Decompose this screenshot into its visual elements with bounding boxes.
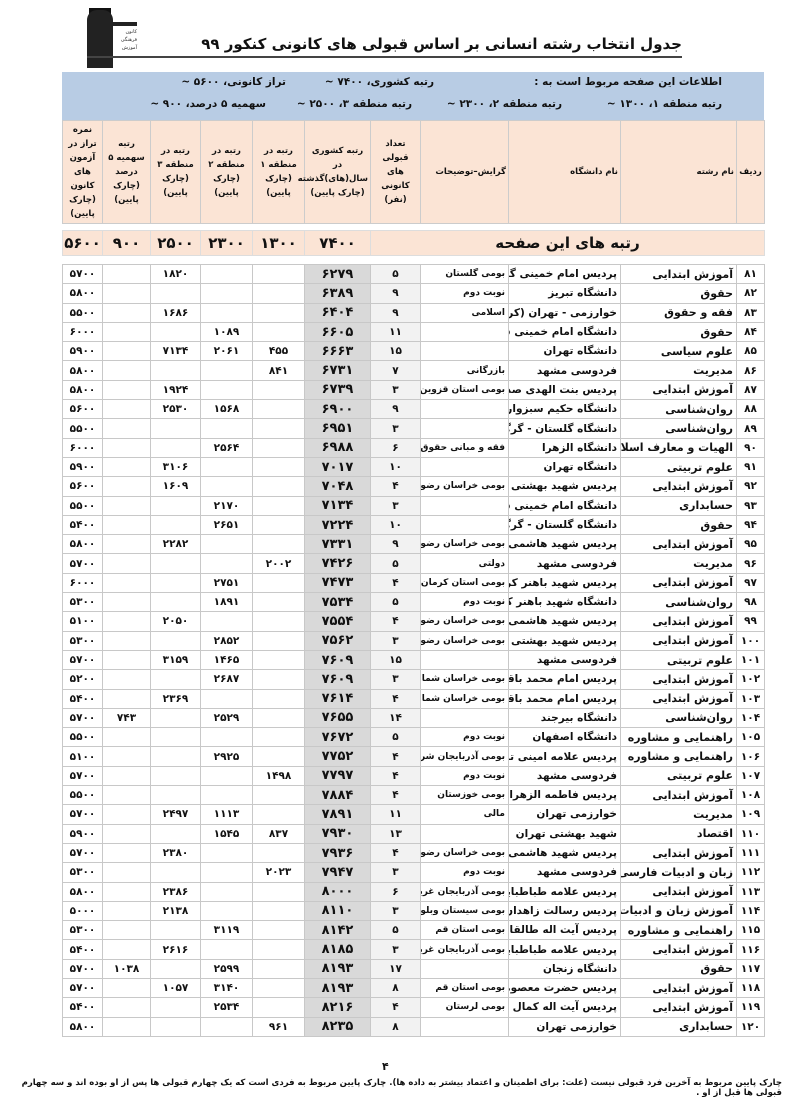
kanoon-score: ۵۷۰۰ [63,265,103,284]
table-row: ۱۱۵راهنمایی و مشاورهپردیس آیت اله طالقان… [63,921,765,940]
table-row: ۹۷آموزش ابتداییپردیس شهید باهنر کرمانبوم… [63,573,765,592]
quota5-rank [103,670,151,689]
university-name: پردیس امام خمینی گرگان [509,265,621,284]
region3-rank [151,824,201,843]
page-ranks-row: رتبه های این صفحه ۷۴۰۰ ۱۳۰۰ ۲۳۰۰ ۲۵۰۰ ۹۰… [63,231,765,256]
region1-rank [253,843,305,862]
admit-count: ۳ [371,863,421,882]
info-kanoon-score: تراز کانونی، ۵۶۰۰ ~ [181,76,286,88]
table-row: ۱۰۴روان‌شناسیدانشگاه بیرجند۱۴۷۶۵۵۲۵۲۹۷۴۳… [63,708,765,727]
page-title: جدول انتخاب رشته انسانی بر اساس قبولی ها… [201,35,682,53]
major-name: علوم تربیتی [621,457,737,476]
row-index: ۹۵ [737,535,765,554]
row-index: ۱۱۱ [737,843,765,862]
region3-rank [151,438,201,457]
region2-rank [201,284,253,303]
national-rank: ۸۱۱۰ [305,901,371,920]
row-index: ۱۰۵ [737,728,765,747]
major-name: مدیریت [621,554,737,573]
row-index: ۱۱۶ [737,940,765,959]
region2-rank: ۲۰۶۱ [201,342,253,361]
university-name: پردیس رسالت زاهدان [509,901,621,920]
row-index: ۱۱۵ [737,921,765,940]
branch-note [421,496,509,515]
major-name: آموزش ابتدایی [621,265,737,284]
kanoon-score: ۵۷۰۰ [63,554,103,573]
region1-rank: ۴۵۵ [253,342,305,361]
region1-rank [253,901,305,920]
region3-rank [151,921,201,940]
region3-rank: ۲۴۹۷ [151,805,201,824]
branch-note: نوبت دوم [421,766,509,785]
university-name: دانشگاه امام خمینی قزوین [509,322,621,341]
quota5-rank [103,1017,151,1036]
university-name: دانشگاه زنجان [509,959,621,978]
quota5-rank [103,361,151,380]
region2-rank [201,612,253,631]
table-row: ۱۱۶آموزش ابتداییپردیس علامه طباطبایی ارو… [63,940,765,959]
university-name: دانشگاه امام خمینی قزوین [509,496,621,515]
region3-rank [151,419,201,438]
quota5-rank: ۷۴۳ [103,708,151,727]
national-rank: ۷۴۲۶ [305,554,371,573]
branch-note: بومی خراسان رضوی [421,535,509,554]
major-name: مدیریت [621,805,737,824]
row-index: ۸۵ [737,342,765,361]
table-row: ۱۱۴آموزش زبان و ادبیات فارسیپردیس رسالت … [63,901,765,920]
branch-note [421,708,509,727]
logo-line: آموزش [115,44,137,52]
national-rank: ۸۱۹۳ [305,978,371,997]
row-index: ۱۰۷ [737,766,765,785]
region2-rank: ۲۵۲۹ [201,708,253,727]
national-rank: ۷۷۹۷ [305,766,371,785]
kanoon-score: ۵۵۰۰ [63,496,103,515]
branch-note [421,342,509,361]
table-row: ۱۱۳آموزش ابتداییپردیس علامه طباطبایی ارو… [63,882,765,901]
major-name: راهنمایی و مشاوره [621,747,737,766]
university-name: پردیس شهید بهشتی مشهد [509,477,621,496]
quota5-rank [103,901,151,920]
admit-count: ۶ [371,882,421,901]
region2-rank: ۲۱۷۰ [201,496,253,515]
branch-note [421,1017,509,1036]
major-name: آموزش زبان و ادبیات فارسی [621,901,737,920]
national-rank: ۶۹۵۱ [305,419,371,438]
row-index: ۱۲۰ [737,1017,765,1036]
university-name: خوارزمی - تهران (کرج) [509,303,621,322]
major-name: اقتصاد [621,824,737,843]
info-quota5: سهمیه ۵ درصد، ۹۰۰ ~ [150,98,266,110]
university-name: پردیس فاطمه الزهرا اهواز [509,786,621,805]
row-index: ۹۱ [737,457,765,476]
admit-count: ۴ [371,689,421,708]
kanoon-score: ۵۰۰۰ [63,901,103,920]
major-name: حقوق [621,959,737,978]
table-row: ۹۳حسابداریدانشگاه امام خمینی قزوین۳۷۱۳۴۲… [63,496,765,515]
kanoon-score: ۵۸۰۰ [63,361,103,380]
kanoon-score: ۵۱۰۰ [63,612,103,631]
admit-count: ۴ [371,477,421,496]
admit-count: ۳ [371,940,421,959]
admit-count: ۴ [371,843,421,862]
admit-count: ۹ [371,535,421,554]
admit-count: ۴ [371,612,421,631]
region3-rank: ۲۰۵۰ [151,612,201,631]
region3-rank [151,361,201,380]
header-region3: رتبه در منطقه ۳ (چارک پایین) [151,121,201,224]
row-index: ۹۲ [737,477,765,496]
national-rank: ۷۹۳۰ [305,824,371,843]
admit-count: ۵ [371,554,421,573]
major-name: حسابداری [621,1017,737,1036]
region2-rank [201,1017,253,1036]
row-index: ۱۰۰ [737,631,765,650]
national-rank: ۸۱۴۲ [305,921,371,940]
kanoon-score: ۵۷۰۰ [63,843,103,862]
region2-rank: ۲۶۵۱ [201,515,253,534]
header-count: تعداد قبولی های کانونی (نفر) [371,121,421,224]
national-rank: ۶۶۶۳ [305,342,371,361]
major-name: آموزش ابتدایی [621,998,737,1017]
region1-rank [253,284,305,303]
table-row: ۸۷آموزش ابتداییپردیس بنت الهدی صدر -قزوی… [63,380,765,399]
quota5-rank [103,766,151,785]
major-name: آموزش ابتدایی [621,843,737,862]
admit-count: ۴ [371,747,421,766]
region2-rank: ۱۰۸۹ [201,322,253,341]
admit-count: ۳ [371,631,421,650]
kanoon-score: ۶۰۰۰ [63,322,103,341]
branch-note: بومی خراسان شمالی [421,670,509,689]
admit-count: ۱۵ [371,342,421,361]
admit-count: ۳ [371,496,421,515]
branch-note: مالی [421,805,509,824]
quota5-rank [103,863,151,882]
region3-rank: ۱۸۲۰ [151,265,201,284]
row-index: ۱۰۴ [737,708,765,727]
table-row: ۱۱۲زبان و ادبیات فارسیفردوسی مشهدنوبت دو… [63,863,765,882]
university-name: فردوسی مشهد [509,863,621,882]
quota5-rank [103,940,151,959]
row-index: ۸۹ [737,419,765,438]
quota5-rank [103,593,151,612]
university-name: دانشگاه حکیم سبزواری سبزوار [509,400,621,419]
region2-rank: ۱۵۶۸ [201,400,253,419]
region1-rank [253,650,305,669]
region1-rank [253,265,305,284]
national-rank: ۶۶۰۵ [305,322,371,341]
row-index: ۸۲ [737,284,765,303]
quota5-rank [103,824,151,843]
logo-text: کانون فرهنگی آموزش [115,28,137,52]
kanoon-score: ۵۷۰۰ [63,708,103,727]
admit-count: ۴ [371,786,421,805]
region3-rank: ۱۹۲۴ [151,380,201,399]
branch-note: بومی خراسان شمالی [421,689,509,708]
branch-note [421,322,509,341]
title-divider [87,56,682,58]
major-name: علوم تربیتی [621,766,737,785]
national-rank: ۷۶۷۲ [305,728,371,747]
kanoon-score: ۵۸۰۰ [63,1017,103,1036]
region3-rank [151,322,201,341]
page-rank-region2: ۲۳۰۰ [201,231,253,256]
branch-note: دولتی [421,554,509,573]
page-number: ۴ [382,1060,389,1073]
kanoon-score: ۵۷۰۰ [63,959,103,978]
university-name: دانشگاه اصفهان [509,728,621,747]
kanoon-score: ۵۴۰۰ [63,940,103,959]
kanoon-score: ۵۹۰۰ [63,457,103,476]
national-rank: ۸۲۳۵ [305,1017,371,1036]
table-row: ۹۱علوم تربیتیدانشگاه تهران۱۰۷۰۱۷۳۱۰۶۵۹۰۰ [63,457,765,476]
region3-rank [151,631,201,650]
region3-rank [151,554,201,573]
table-row: ۱۰۸آموزش ابتداییپردیس فاطمه الزهرا اهواز… [63,786,765,805]
row-index: ۹۳ [737,496,765,515]
row-index: ۱۰۲ [737,670,765,689]
branch-note [421,650,509,669]
university-name: فردوسی مشهد [509,650,621,669]
header-university: نام دانشگاه [509,121,621,224]
info-label: اطلاعات این صفحه مربوط است به : [534,76,722,88]
info-region1: رتبه منطقه ۱، ۱۳۰۰ ~ [607,98,722,110]
row-index: ۹۰ [737,438,765,457]
admit-count: ۱۷ [371,959,421,978]
national-rank: ۷۰۱۷ [305,457,371,476]
kanoon-score: ۵۱۰۰ [63,747,103,766]
region2-rank: ۳۱۴۰ [201,978,253,997]
region3-rank: ۷۱۳۴ [151,342,201,361]
branch-note: بومی استان قم [421,978,509,997]
university-name: دانشگاه شهید باهنر کرمان [509,593,621,612]
row-index: ۸۶ [737,361,765,380]
branch-note: بومی خراسان رضوی [421,631,509,650]
region3-rank: ۳۱۰۶ [151,457,201,476]
region3-rank [151,496,201,515]
kanoon-score: ۶۰۰۰ [63,573,103,592]
region2-rank [201,477,253,496]
major-name: راهنمایی و مشاوره [621,728,737,747]
table-row: ۱۰۷علوم تربیتیفردوسی مشهدنوبت دوم۴۷۷۹۷۱۴… [63,766,765,785]
admit-count: ۱۳ [371,824,421,843]
kanoon-score: ۵۶۰۰ [63,477,103,496]
quota5-rank [103,438,151,457]
university-name: خوارزمی تهران [509,1017,621,1036]
branch-note: فقه و مبانی حقوق اسلامی [421,438,509,457]
region3-rank: ۲۲۸۲ [151,535,201,554]
national-rank: ۷۷۵۲ [305,747,371,766]
branch-note: بومی خراسان رضوی [421,612,509,631]
region2-rank [201,786,253,805]
table-row: ۱۱۸آموزش ابتداییپردیس حضرت معصومه قمبومی… [63,978,765,997]
header-national-rank: رتبه کشوری در سال(های)گذشته (چارک پایین) [305,121,371,224]
kanoon-score: ۵۷۰۰ [63,650,103,669]
branch-note: بومی سیستان وبلوچستان [421,901,509,920]
national-rank: ۷۵۳۴ [305,593,371,612]
admit-count: ۹ [371,303,421,322]
region3-rank [151,284,201,303]
quota5-rank [103,998,151,1017]
row-index: ۱۰۶ [737,747,765,766]
quota5-rank [103,322,151,341]
table-row: ۹۶مدیریتفردوسی مشهددولتی۵۷۴۲۶۲۰۰۲۵۷۰۰ [63,554,765,573]
table-row: ۸۶مدیریتفردوسی مشهدبازرگانی۷۶۷۳۱۸۴۱۵۸۰۰ [63,361,765,380]
quota5-rank [103,843,151,862]
national-rank: ۷۸۹۱ [305,805,371,824]
national-rank: ۷۱۳۴ [305,496,371,515]
university-name: دانشگاه گلستان - گرگان [509,515,621,534]
kanoon-score: ۵۳۰۰ [63,921,103,940]
major-name: حقوق [621,322,737,341]
quota5-rank [103,496,151,515]
row-index: ۱۱۲ [737,863,765,882]
region3-rank [151,766,201,785]
region1-rank [253,959,305,978]
major-name: آموزش ابتدایی [621,940,737,959]
table-row: ۱۰۳آموزش ابتداییپردیس امام محمد باقر بجن… [63,689,765,708]
branch-note: بومی استان قزوین [421,380,509,399]
university-name: پردیس شهید باهنر کرمان [509,573,621,592]
table-row: ۹۹آموزش ابتداییپردیس شهید هاشمی نژاد مشه… [63,612,765,631]
region1-rank: ۱۴۹۸ [253,766,305,785]
admit-count: ۳ [371,419,421,438]
national-rank: ۷۸۸۴ [305,786,371,805]
quota5-rank [103,284,151,303]
branch-note [421,515,509,534]
region3-rank [151,747,201,766]
branch-note: بومی خوزستان [421,786,509,805]
table-row: ۱۲۰حسابداریخوارزمی تهران۸۸۲۳۵۹۶۱۵۸۰۰ [63,1017,765,1036]
kanoon-score: ۵۵۰۰ [63,728,103,747]
university-name: پردیس علامه امینی تبریز [509,747,621,766]
kanoon-score: ۵۷۰۰ [63,766,103,785]
header-region2: رتبه در منطقه ۲ (چارک پایین) [201,121,253,224]
branch-note: نوبت دوم [421,284,509,303]
region1-rank [253,612,305,631]
logo-line: فرهنگی [115,36,137,44]
region2-rank [201,901,253,920]
region1-rank: ۹۶۱ [253,1017,305,1036]
region3-rank: ۱۶۰۹ [151,477,201,496]
university-name: پردیس امام محمد باقر بجنورد [509,689,621,708]
table-row: ۹۲آموزش ابتداییپردیس شهید بهشتی مشهدبومی… [63,477,765,496]
admit-count: ۳ [371,901,421,920]
branch-note: بومی استان کرمان [421,573,509,592]
major-name: روان‌شناسی [621,708,737,727]
quota5-rank [103,786,151,805]
kanoon-score: ۵۸۰۰ [63,882,103,901]
graduate-figure-icon [87,10,113,68]
table-row: ۸۸روان‌شناسیدانشگاه حکیم سبزواری سبزوار۹… [63,400,765,419]
table-row: ۸۴حقوقدانشگاه امام خمینی قزوین۱۱۶۶۰۵۱۰۸۹… [63,322,765,341]
logo-line: کانون [115,28,137,36]
national-rank: ۷۶۰۹ [305,650,371,669]
quota5-rank [103,882,151,901]
page-rank-region3: ۲۵۰۰ [151,231,201,256]
region3-rank [151,573,201,592]
quota5-rank [103,380,151,399]
region1-rank [253,438,305,457]
region2-rank [201,303,253,322]
university-name: پردیس شهید هاشمی نژاد مشهد [509,843,621,862]
region2-rank: ۲۵۹۹ [201,959,253,978]
kanoon-score: ۵۹۰۰ [63,342,103,361]
region2-rank: ۱۸۹۱ [201,593,253,612]
region3-rank [151,863,201,882]
row-index: ۱۰۸ [737,786,765,805]
branch-note: بومی خراسان رضوی [421,843,509,862]
national-rank: ۸۲۱۶ [305,998,371,1017]
branch-note: بومی آذربایجان غربی [421,940,509,959]
row-index: ۱۱۷ [737,959,765,978]
admit-count: ۱۱ [371,322,421,341]
region1-rank [253,380,305,399]
region3-rank: ۱۶۸۶ [151,303,201,322]
quota5-rank [103,978,151,997]
national-rank: ۷۲۲۴ [305,515,371,534]
admit-count: ۵ [371,728,421,747]
region1-rank [253,882,305,901]
quota5-rank [103,921,151,940]
major-name: حسابداری [621,496,737,515]
row-index: ۱۱۴ [737,901,765,920]
major-name: آموزش ابتدایی [621,477,737,496]
university-name: پردیس شهید هاشمی نژاد مشهد [509,535,621,554]
university-name: شهید بهشتی تهران [509,824,621,843]
region2-rank [201,265,253,284]
quota5-rank [103,419,151,438]
kanoon-score: ۵۴۰۰ [63,998,103,1017]
branch-note: نوبت دوم [421,863,509,882]
row-index: ۹۷ [737,573,765,592]
region3-rank [151,670,201,689]
branch-note: بومی استان قم [421,921,509,940]
university-name: پردیس آیت اله طالقانی قم [509,921,621,940]
quota5-rank [103,631,151,650]
region1-rank [253,593,305,612]
region1-rank: ۲۰۰۲ [253,554,305,573]
branch-note [421,824,509,843]
info-region2: رتبه منطقه ۲، ۲۳۰۰ ~ [447,98,562,110]
row-index: ۹۶ [737,554,765,573]
region1-rank [253,322,305,341]
national-rank: ۷۳۳۱ [305,535,371,554]
university-name: خوارزمی تهران [509,805,621,824]
kanoon-score: ۵۳۰۰ [63,593,103,612]
branch-note [421,959,509,978]
row-index: ۱۱۸ [737,978,765,997]
region2-rank: ۱۱۱۳ [201,805,253,824]
admit-count: ۱۱ [371,805,421,824]
quota5-rank [103,400,151,419]
region2-rank: ۲۷۵۱ [201,573,253,592]
region2-rank [201,535,253,554]
kanoon-score: ۵۸۰۰ [63,284,103,303]
quota5-rank [103,477,151,496]
row-index: ۱۱۹ [737,998,765,1017]
header-score: نمره تراز در آزمون های کانون (چارک پایین… [63,121,103,224]
major-name: روان‌شناسی [621,593,737,612]
header-major: نام رشته [621,121,737,224]
national-rank: ۷۶۱۴ [305,689,371,708]
region1-rank: ۸۴۱ [253,361,305,380]
admit-count: ۴ [371,573,421,592]
table-row: ۱۰۱علوم تربیتیفردوسی مشهد۱۵۷۶۰۹۱۴۶۵۳۱۵۹۵… [63,650,765,669]
branch-note: بومی آذربایجان شرقی [421,747,509,766]
national-rank: ۶۹۰۰ [305,400,371,419]
